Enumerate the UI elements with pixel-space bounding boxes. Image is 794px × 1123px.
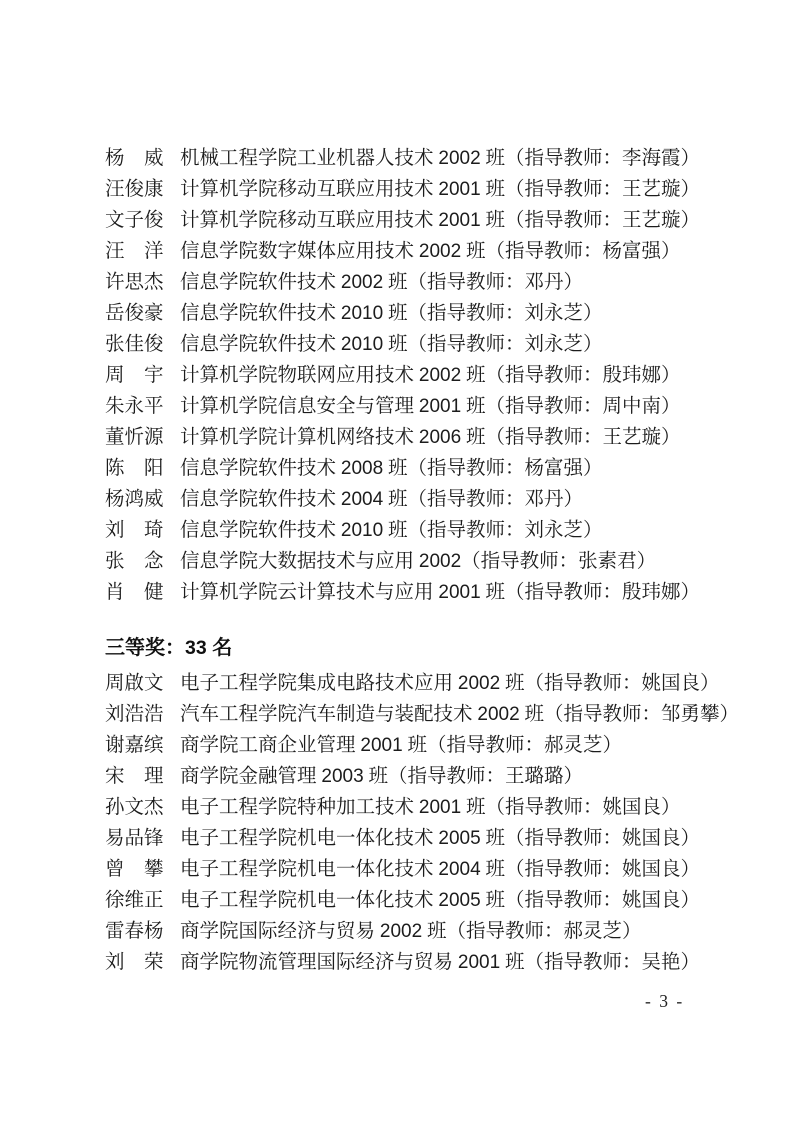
entry-detail: 电子工程学院集成电路技术应用 2002 班（指导教师：姚国良） bbox=[180, 668, 754, 699]
entry-detail: 电子工程学院机电一体化技术 2004 班（指导教师：姚国良） bbox=[180, 854, 754, 885]
student-name: 雷春杨 bbox=[105, 916, 164, 947]
entry-detail: 商学院金融管理 2003 班（指导教师：王璐璐） bbox=[180, 761, 754, 792]
award-entry-row: 杨 威 机械工程学院工业机器人技术 2002 班（指导教师：李海霞） bbox=[105, 143, 754, 174]
student-name: 汪俊康 bbox=[105, 174, 164, 205]
award-entry-row: 肖 健 计算机学院云计算技术与应用 2001 班（指导教师：殷玮娜） bbox=[105, 577, 754, 608]
student-name: 汪 洋 bbox=[105, 236, 164, 267]
award-entry-row: 雷春杨 商学院国际经济与贸易 2002 班（指导教师：郝灵芝） bbox=[105, 916, 754, 947]
entry-detail: 计算机学院移动互联应用技术 2001 班（指导教师：王艺璇） bbox=[180, 205, 754, 236]
student-name: 张佳俊 bbox=[105, 329, 164, 360]
student-name: 徐维正 bbox=[105, 885, 164, 916]
award-entry-row: 张佳俊 信息学院软件技术 2010 班（指导教师：刘永芝） bbox=[105, 329, 754, 360]
student-name: 刘浩浩 bbox=[105, 699, 164, 730]
entry-detail: 计算机学院移动互联应用技术 2001 班（指导教师：王艺璇） bbox=[180, 174, 754, 205]
entry-detail: 电子工程学院机电一体化技术 2005 班（指导教师：姚国良） bbox=[180, 823, 754, 854]
entry-detail: 机械工程学院工业机器人技术 2002 班（指导教师：李海霞） bbox=[180, 143, 754, 174]
document-page: 杨 威 机械工程学院工业机器人技术 2002 班（指导教师：李海霞） 汪俊康 计… bbox=[0, 0, 794, 1123]
award-entry-row: 周啟文 电子工程学院集成电路技术应用 2002 班（指导教师：姚国良） bbox=[105, 668, 754, 699]
award-entry-row: 董忻源 计算机学院计算机网络技术 2006 班（指导教师：王艺璇） bbox=[105, 422, 754, 453]
award-entry-row: 曾 攀 电子工程学院机电一体化技术 2004 班（指导教师：姚国良） bbox=[105, 854, 754, 885]
student-name: 曾 攀 bbox=[105, 854, 164, 885]
entry-detail: 电子工程学院特种加工技术 2001 班（指导教师：姚国良） bbox=[180, 792, 754, 823]
award-entry-row: 刘 荣 商学院物流管理国际经济与贸易 2001 班（指导教师：吴艳） bbox=[105, 947, 754, 978]
entry-detail: 电子工程学院机电一体化技术 2005 班（指导教师：姚国良） bbox=[180, 885, 754, 916]
student-name: 刘 荣 bbox=[105, 947, 164, 978]
entry-detail: 信息学院软件技术 2004 班（指导教师：邓丹） bbox=[180, 484, 754, 515]
entry-detail: 商学院工商企业管理 2001 班（指导教师：郝灵芝） bbox=[180, 730, 754, 761]
student-name: 许思杰 bbox=[105, 267, 164, 298]
student-name: 张 念 bbox=[105, 546, 164, 577]
entry-detail: 汽车工程学院汽车制造与装配技术 2002 班（指导教师：邹勇攀） bbox=[180, 699, 754, 730]
award-entry-row: 谢嘉缤 商学院工商企业管理 2001 班（指导教师：郝灵芝） bbox=[105, 730, 754, 761]
award-entry-row: 徐维正 电子工程学院机电一体化技术 2005 班（指导教师：姚国良） bbox=[105, 885, 754, 916]
student-name: 陈 阳 bbox=[105, 453, 164, 484]
page-number: - 3 - bbox=[645, 991, 684, 1012]
award-entry-row: 汪俊康 计算机学院移动互联应用技术 2001 班（指导教师：王艺璇） bbox=[105, 174, 754, 205]
student-name: 孙文杰 bbox=[105, 792, 164, 823]
entry-detail: 计算机学院信息安全与管理 2001 班（指导教师：周中南） bbox=[180, 391, 754, 422]
entry-detail: 信息学院软件技术 2010 班（指导教师：刘永芝） bbox=[180, 298, 754, 329]
student-name: 宋 理 bbox=[105, 761, 164, 792]
entry-detail: 计算机学院计算机网络技术 2006 班（指导教师：王艺璇） bbox=[180, 422, 754, 453]
student-name: 肖 健 bbox=[105, 577, 164, 608]
entry-detail: 信息学院软件技术 2002 班（指导教师：邓丹） bbox=[180, 267, 754, 298]
award-entry-row: 陈 阳 信息学院软件技术 2008 班（指导教师：杨富强） bbox=[105, 453, 754, 484]
award-entry-row: 易品锋 电子工程学院机电一体化技术 2005 班（指导教师：姚国良） bbox=[105, 823, 754, 854]
award-entry-row: 宋 理 商学院金融管理 2003 班（指导教师：王璐璐） bbox=[105, 761, 754, 792]
award-entry-row: 刘浩浩 汽车工程学院汽车制造与装配技术 2002 班（指导教师：邹勇攀） bbox=[105, 699, 754, 730]
award-entry-row: 汪 洋 信息学院数字媒体应用技术 2002 班（指导教师：杨富强） bbox=[105, 236, 754, 267]
section-heading: 三等奖：33 名 bbox=[105, 633, 754, 664]
entry-detail: 计算机学院物联网应用技术 2002 班（指导教师：殷玮娜） bbox=[180, 360, 754, 391]
student-name: 易品锋 bbox=[105, 823, 164, 854]
student-name: 岳俊豪 bbox=[105, 298, 164, 329]
award-entry-row: 文子俊 计算机学院移动互联应用技术 2001 班（指导教师：王艺璇） bbox=[105, 205, 754, 236]
award-entry-row: 朱永平 计算机学院信息安全与管理 2001 班（指导教师：周中南） bbox=[105, 391, 754, 422]
section-heading-text: 三等奖：33 名 bbox=[105, 637, 232, 659]
student-name: 杨鸿威 bbox=[105, 484, 164, 515]
award-entry-row: 杨鸿威 信息学院软件技术 2004 班（指导教师：邓丹） bbox=[105, 484, 754, 515]
student-name: 刘 琦 bbox=[105, 515, 164, 546]
student-name: 杨 威 bbox=[105, 143, 164, 174]
award-entry-row: 许思杰 信息学院软件技术 2002 班（指导教师：邓丹） bbox=[105, 267, 754, 298]
student-name: 文子俊 bbox=[105, 205, 164, 236]
award-entry-row: 孙文杰 电子工程学院特种加工技术 2001 班（指导教师：姚国良） bbox=[105, 792, 754, 823]
award-entry-row: 张 念 信息学院大数据技术与应用 2002（指导教师：张素君） bbox=[105, 546, 754, 577]
entry-detail: 商学院物流管理国际经济与贸易 2001 班（指导教师：吴艳） bbox=[180, 947, 754, 978]
document-body: 杨 威 机械工程学院工业机器人技术 2002 班（指导教师：李海霞） 汪俊康 计… bbox=[105, 143, 754, 978]
student-name: 周啟文 bbox=[105, 668, 164, 699]
entry-detail: 信息学院软件技术 2010 班（指导教师：刘永芝） bbox=[180, 329, 754, 360]
student-name: 董忻源 bbox=[105, 422, 164, 453]
award-entry-row: 刘 琦 信息学院软件技术 2010 班（指导教师：刘永芝） bbox=[105, 515, 754, 546]
award-entry-row: 周 宇 计算机学院物联网应用技术 2002 班（指导教师：殷玮娜） bbox=[105, 360, 754, 391]
entry-detail: 商学院国际经济与贸易 2002 班（指导教师：郝灵芝） bbox=[180, 916, 754, 947]
entry-detail: 信息学院数字媒体应用技术 2002 班（指导教师：杨富强） bbox=[180, 236, 754, 267]
student-name: 周 宇 bbox=[105, 360, 164, 391]
award-entry-row: 岳俊豪 信息学院软件技术 2010 班（指导教师：刘永芝） bbox=[105, 298, 754, 329]
entry-detail: 信息学院软件技术 2010 班（指导教师：刘永芝） bbox=[180, 515, 754, 546]
entry-detail: 计算机学院云计算技术与应用 2001 班（指导教师：殷玮娜） bbox=[180, 577, 754, 608]
student-name: 谢嘉缤 bbox=[105, 730, 164, 761]
student-name: 朱永平 bbox=[105, 391, 164, 422]
entry-detail: 信息学院大数据技术与应用 2002（指导教师：张素君） bbox=[180, 546, 754, 577]
entry-detail: 信息学院软件技术 2008 班（指导教师：杨富强） bbox=[180, 453, 754, 484]
